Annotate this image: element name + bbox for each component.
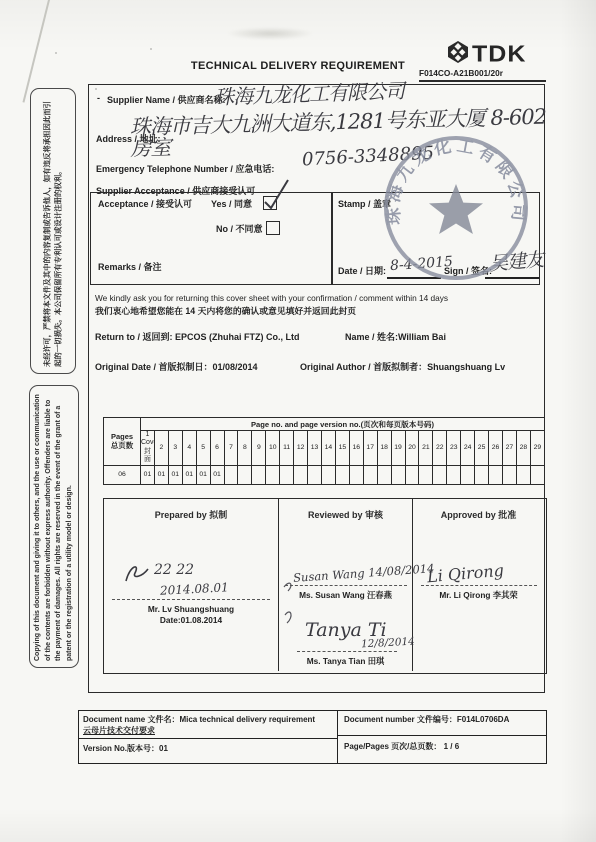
notice-cn: 我们衷心地希望您能在 14 天内将您的确认或意见填好并返回此封页 [95, 304, 356, 317]
page-number-cell: 23 [447, 431, 461, 466]
page-version-cell [405, 465, 419, 484]
page-version-cell [238, 465, 252, 484]
approved-signature: Li Qirong [426, 561, 504, 587]
page-number-cell: 13 [308, 431, 322, 466]
return-name: Name / 姓名:William Bai [345, 330, 446, 343]
page-number-cell: 20 [405, 431, 419, 466]
scan-speck [55, 52, 57, 54]
doc-name-label: Document name 文件名：Mica technical deliver… [83, 714, 315, 725]
page-number-cell: 28 [516, 431, 530, 466]
supplier-name-label: Supplier Name / 供应商名称: [107, 93, 226, 106]
pages-label-en: Pages [111, 432, 133, 441]
phone-label: Emergency Telephone Number / 应急电话: [96, 162, 274, 175]
footer-right: Document number 文件编号：F014L0706DA Page/Pa… [338, 711, 546, 763]
page-number-cell: 6 [210, 431, 224, 466]
page-version-cell [447, 465, 461, 484]
page-number-cell: 18 [377, 431, 391, 466]
acceptance-box-divider [331, 193, 333, 284]
footer-left-divider [79, 738, 337, 739]
page-number-cell: 5 [196, 431, 210, 466]
page-version-cell [530, 465, 544, 484]
supplier-name-bullet: - [97, 93, 100, 103]
approved-name: Mr. Li Qirong 李其荣 [413, 589, 544, 601]
page-version-cell [391, 465, 405, 484]
page-version-cell [224, 465, 238, 484]
no-label: No / 不同意 [216, 222, 263, 235]
return-to: Return to / 返回到: EPCOS (Zhuhai FTZ) Co.,… [95, 330, 299, 343]
approval-table: Prepared by 拟制 Reviewed by 审核 Approved b… [103, 498, 547, 674]
page-version-cell [363, 465, 377, 484]
page-version-cell [377, 465, 391, 484]
total-pages-cell: 06 [104, 465, 141, 484]
page-number-cell: 29 [530, 431, 544, 466]
side-note-cn-box: 未经许可，严禁将本文件及其中的内容复制或告诉他人，如有违反将承担因此而引起的一切… [30, 88, 76, 374]
approved-cell: Li Qirong Mr. Li Qirong 李其荣 [413, 529, 544, 671]
cover-label: Cover 封面 [141, 439, 154, 463]
page-number-cell: 21 [419, 431, 433, 466]
page-version-cell [433, 465, 447, 484]
pages-version-table: Pages 总页数 Page no. and page version no.(… [103, 417, 545, 485]
tdk-logo-icon [446, 40, 470, 69]
page-version-cell [335, 465, 349, 484]
reviewed-name: Ms. Susan Wang 汪春燕 [279, 589, 412, 601]
remarks-label: Remarks / 备注 [98, 260, 162, 273]
reviewed2-name: Ms. Tanya Tian 田琪 [279, 655, 412, 667]
acceptance-label: Acceptance / 接受认可 [98, 197, 192, 210]
page-version-cell [419, 465, 433, 484]
page-number-cell: 12 [294, 431, 308, 466]
pages-total-header: Pages 总页数 [104, 418, 141, 466]
page-number-cell: 24 [461, 431, 475, 466]
cover-version-cell: 01 [141, 465, 155, 484]
page-number-cell: 22 [433, 431, 447, 466]
side-note-en-box: Copying of this document and giving it t… [29, 385, 79, 668]
page-version-cell [321, 465, 335, 484]
page-version-row: 06 01 0101010101 [104, 465, 545, 484]
original-date: Original Date / 首版拟制日：01/08/2014 [95, 360, 258, 373]
page-version-cell [489, 465, 503, 484]
prepared-signature-scribble [122, 561, 152, 585]
page-number-cell: 11 [280, 431, 294, 466]
company-stamp: 珠海九龙化工有限公司 [376, 128, 536, 288]
page-version-cell [294, 465, 308, 484]
page-version-header: Page no. and page version no.(页次和每页版本号码) [141, 418, 545, 431]
prepared-sign-date: 2014.08.01 [160, 580, 229, 598]
prepared-sign-line [112, 599, 270, 600]
yes-label: Yes / 同意 [211, 197, 252, 210]
side-note-en: Copying of this document and giving it t… [33, 393, 75, 661]
page-version-cell [475, 465, 489, 484]
page-version-cell: 01 [168, 465, 182, 484]
page-version-cell: 01 [154, 465, 168, 484]
page-version-cell [266, 465, 280, 484]
page-version-cell [280, 465, 294, 484]
reviewed2-sign-date: 12/8/2014 [361, 636, 415, 651]
page-version-cell [516, 465, 530, 484]
doc-name-cn: 云母片技术交付要求 [83, 725, 155, 736]
prepared-signature: 22 22 [154, 562, 194, 578]
footer-pages-label: Page/Pages 页次/总页数： 1 / 6 [344, 741, 459, 752]
reviewed-cell: Susan Wang 14/08/2014 Ms. Susan Wang 汪春燕… [279, 529, 413, 671]
side-note-cn: 未经许可，严禁将本文件及其中的内容复制或告诉他人，如有违反将承担因此而引起的一切… [42, 95, 65, 367]
page-version-cell: 01 [196, 465, 210, 484]
page-version-cell [308, 465, 322, 484]
page-version-cell: 01 [182, 465, 196, 484]
page-number-row: 1 Cover 封面 23456789101112131415161718192… [104, 431, 545, 466]
page-number-cell: 3 [168, 431, 182, 466]
original-author: Original Author / 首版拟制者：Shuangshuang Lv [300, 360, 505, 373]
notice-en: We kindly ask you for returning this cov… [95, 293, 448, 303]
doc-number-label: Document number 文件编号：F014L0706DA [344, 714, 509, 725]
page-number-cell: 27 [502, 431, 516, 466]
form-number: F014CO-A21B001/20r [419, 68, 546, 82]
page-version-cell [252, 465, 266, 484]
page-version-cell [349, 465, 363, 484]
page-number-cell: 17 [363, 431, 377, 466]
page-number-cell: 15 [335, 431, 349, 466]
page-version-cell [461, 465, 475, 484]
prepared-header: Prepared by 拟制 [104, 499, 279, 529]
prepared-cell: 22 22 2014.08.01 Mr. Lv Shuangshuang Dat… [104, 529, 279, 671]
pages-label-cn: 总页数 [111, 441, 134, 450]
page-number-cell: 2 [154, 431, 168, 466]
page-number-cell: 9 [252, 431, 266, 466]
approved-header: Approved by 批准 [413, 499, 544, 529]
scan-speck [150, 48, 152, 50]
footer-left: Document name 文件名：Mica technical deliver… [79, 711, 338, 763]
document-title: TECHNICAL DELIVERY REQUIREMENT [168, 60, 428, 72]
page-number-cell: 4 [182, 431, 196, 466]
tdk-logo-text: TDK [472, 41, 526, 68]
page-number-cell: 8 [238, 431, 252, 466]
footer-doc-table: Document name 文件名：Mica technical deliver… [78, 710, 547, 764]
page-version-cell [502, 465, 516, 484]
approved-sign-line [421, 585, 537, 586]
page-number-cell: 14 [321, 431, 335, 466]
page-version-cell: 01 [210, 465, 224, 484]
reviewed-header: Reviewed by 审核 [279, 499, 413, 529]
page-number-cell: 26 [489, 431, 503, 466]
prepared-date: Date:01.08.2014 [104, 615, 278, 625]
reviewed-sign-line [285, 585, 407, 586]
page-number-cell: 19 [391, 431, 405, 466]
scan-smudge [226, 27, 314, 40]
version-label: Version No.版本号：01 [83, 743, 168, 754]
prepared-name: Mr. Lv Shuangshuang [104, 604, 278, 614]
page-number-cell: 16 [349, 431, 363, 466]
yes-checkmark [258, 176, 292, 212]
no-checkbox [266, 221, 280, 235]
tdk-logo: TDK [446, 40, 526, 69]
reviewed2-sign-line [297, 651, 397, 652]
stamp-star-icon [429, 184, 483, 234]
page-number-cell: 7 [224, 431, 238, 466]
page-number-cell: 10 [266, 431, 280, 466]
page-number-cell: 25 [475, 431, 489, 466]
cover-column-header: 1 Cover 封面 [141, 431, 155, 466]
cover-no: 1 [146, 431, 150, 438]
footer-right-divider [338, 735, 546, 736]
